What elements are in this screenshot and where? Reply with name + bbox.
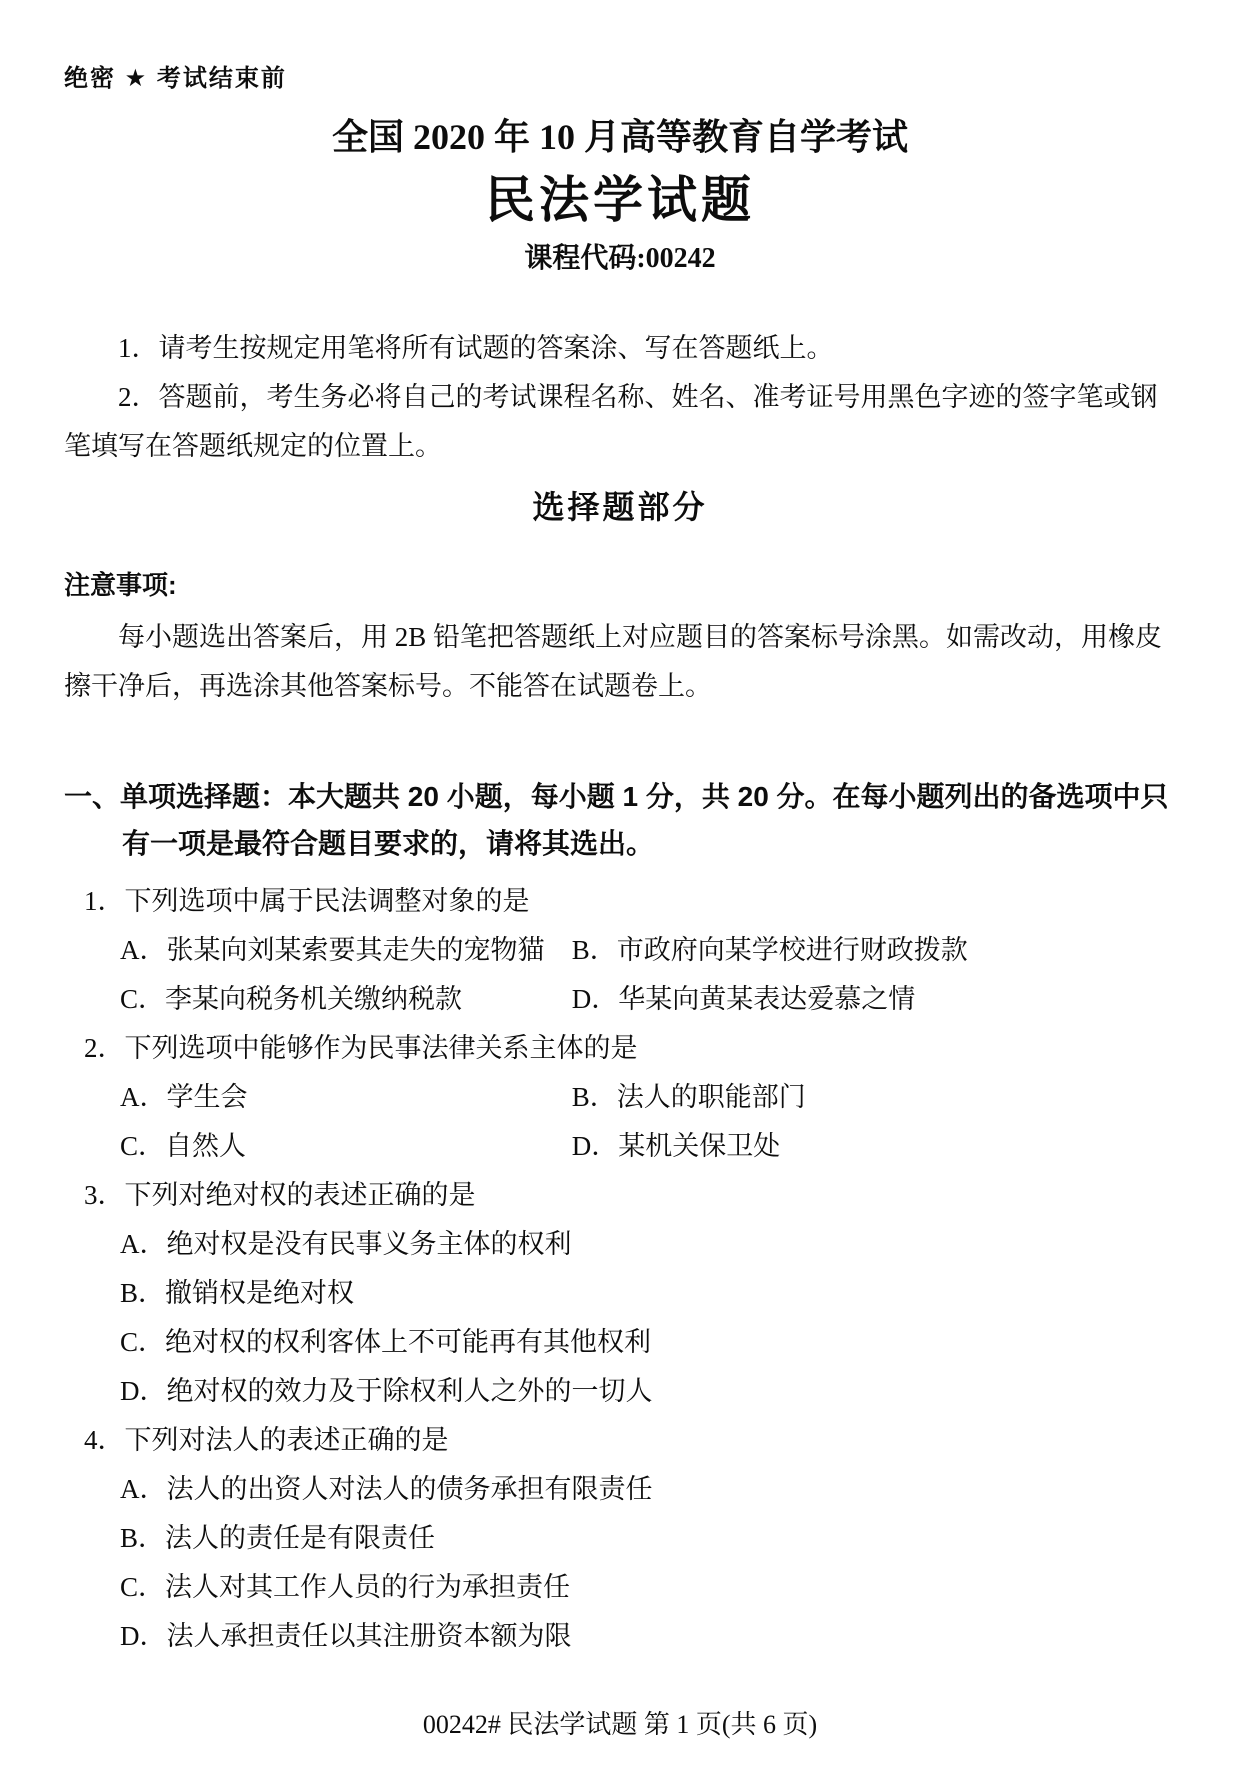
option-text: 撤销权是绝对权: [165, 1278, 354, 1308]
option-row: A．张某向刘某索要其走失的宠物猫 B．市政府向某学校进行财政拨款: [120, 926, 1176, 975]
option-b: B．法人的责任是有限责任: [120, 1514, 1176, 1563]
exam-paper-page: 绝密 ★ 考试结束前 全国 2020 年 10 月高等教育自学考试 民法学试题 …: [0, 0, 1240, 1767]
option-row: A．学生会 B．法人的职能部门: [120, 1073, 1176, 1122]
option-a: A．学生会: [120, 1073, 565, 1122]
option-label: C．: [120, 1572, 165, 1602]
paper-title: 民法学试题: [64, 172, 1176, 228]
instruction-item-1: 1．请考生按规定用笔将所有试题的答案涂、写在答题纸上。: [64, 324, 1176, 373]
option-text: 自然人: [165, 1131, 246, 1161]
question-number: 3．: [84, 1180, 125, 1210]
option-label: D．: [572, 1131, 619, 1161]
question-text: 下列选项中能够作为民事法律关系主体的是: [125, 1033, 638, 1063]
course-code: 课程代码:00242: [64, 242, 1176, 276]
question-3-stem: 3．下列对绝对权的表述正确的是: [84, 1171, 1176, 1220]
option-label: C．: [120, 984, 165, 1014]
option-text: 学生会: [167, 1082, 248, 1112]
option-label: C．: [120, 1131, 165, 1161]
option-d: D．某机关保卫处: [572, 1131, 781, 1161]
instruction-item-2: 2．答题前，考生务必将自己的考试课程名称、姓名、准考证号用黑色字迹的签字笔或钢笔…: [64, 373, 1176, 471]
question-4-options: A．法人的出资人对法人的债务承担有限责任 B．法人的责任是有限责任 C．法人对其…: [84, 1465, 1176, 1661]
option-label: D．: [572, 984, 619, 1014]
option-d: D．法人承担责任以其注册资本额为限: [120, 1612, 1176, 1661]
option-text: 华某向黄某表达爱慕之情: [618, 984, 915, 1014]
option-text: 法人的责任是有限责任: [165, 1523, 435, 1553]
question-text: 下列对法人的表述正确的是: [125, 1425, 449, 1455]
option-label: A．: [120, 1229, 167, 1259]
question-text: 下列对绝对权的表述正确的是: [125, 1180, 476, 1210]
option-label: C．: [120, 1327, 165, 1357]
option-text: 某机关保卫处: [618, 1131, 780, 1161]
option-text: 绝对权的权利客体上不可能再有其他权利: [165, 1327, 651, 1357]
question-3-options: A．绝对权是没有民事义务主体的权利 B．撤销权是绝对权 C．绝对权的权利客体上不…: [84, 1220, 1176, 1416]
option-text: 李某向税务机关缴纳税款: [165, 984, 462, 1014]
option-text: 法人的出资人对法人的债务承担有限责任: [167, 1474, 653, 1504]
option-a: A．绝对权是没有民事义务主体的权利: [120, 1220, 1176, 1269]
section-title-selection-part: 选择题部分: [64, 487, 1176, 527]
option-label: D．: [120, 1376, 167, 1406]
question-1: 1．下列选项中属于民法调整对象的是 A．张某向刘某索要其走失的宠物猫 B．市政府…: [84, 877, 1176, 1024]
question-4-stem: 4．下列对法人的表述正确的是: [84, 1416, 1176, 1465]
question-text: 下列选项中属于民法调整对象的是: [125, 886, 530, 916]
option-a: A．张某向刘某索要其走失的宠物猫: [120, 926, 565, 975]
general-instructions: 1．请考生按规定用笔将所有试题的答案涂、写在答题纸上。 2．答题前，考生务必将自…: [64, 324, 1176, 471]
option-text: 法人对其工作人员的行为承担责任: [165, 1572, 570, 1602]
option-label: A．: [120, 935, 167, 965]
question-3: 3．下列对绝对权的表述正确的是 A．绝对权是没有民事义务主体的权利 B．撤销权是…: [84, 1171, 1176, 1416]
mcq-section-heading: 一、单项选择题：本大题共 20 小题，每小题 1 分，共 20 分。在每小题列出…: [64, 773, 1174, 867]
question-2: 2．下列选项中能够作为民事法律关系主体的是 A．学生会 B．法人的职能部门 C．…: [84, 1024, 1176, 1171]
question-1-stem: 1．下列选项中属于民法调整对象的是: [84, 877, 1176, 926]
question-2-stem: 2．下列选项中能够作为民事法律关系主体的是: [84, 1024, 1176, 1073]
option-text: 绝对权的效力及于除权利人之外的一切人: [167, 1376, 653, 1406]
option-label: A．: [120, 1082, 167, 1112]
option-d: D．华某向黄某表达爱慕之情: [572, 984, 916, 1014]
option-label: B．: [120, 1278, 165, 1308]
notice-text: 每小题选出答案后，用 2B 铅笔把答题纸上对应题目的答案标号涂黑。如需改动，用橡…: [64, 613, 1176, 711]
option-label: D．: [120, 1621, 167, 1651]
question-number: 4．: [84, 1425, 125, 1455]
option-label: A．: [120, 1474, 167, 1504]
question-4: 4．下列对法人的表述正确的是 A．法人的出资人对法人的债务承担有限责任 B．法人…: [84, 1416, 1176, 1661]
option-b: B．法人的职能部门: [572, 1082, 806, 1112]
option-c: C．李某向税务机关缴纳税款: [120, 975, 565, 1024]
exam-title: 全国 2020 年 10 月高等教育自学考试: [64, 116, 1176, 158]
option-text: 市政府向某学校进行财政拨款: [617, 935, 968, 965]
option-label: B．: [572, 935, 617, 965]
option-c: C．绝对权的权利客体上不可能再有其他权利: [120, 1318, 1176, 1367]
option-b: B．撤销权是绝对权: [120, 1269, 1176, 1318]
option-d: D．绝对权的效力及于除权利人之外的一切人: [120, 1367, 1176, 1416]
classification-banner: 绝密 ★ 考试结束前: [64, 64, 1176, 94]
option-text: 法人承担责任以其注册资本额为限: [167, 1621, 572, 1651]
question-number: 1．: [84, 886, 125, 916]
option-c: C．自然人: [120, 1122, 565, 1171]
option-row: C．李某向税务机关缴纳税款 D．华某向黄某表达爱慕之情: [120, 975, 1176, 1024]
option-text: 法人的职能部门: [617, 1082, 806, 1112]
notice-heading: 注意事项:: [64, 569, 1176, 601]
question-2-options: A．学生会 B．法人的职能部门 C．自然人 D．某机关保卫处: [84, 1073, 1176, 1171]
option-label: B．: [120, 1523, 165, 1553]
option-label: B．: [572, 1082, 617, 1112]
option-a: A．法人的出资人对法人的债务承担有限责任: [120, 1465, 1176, 1514]
option-b: B．市政府向某学校进行财政拨款: [572, 935, 968, 965]
page-footer: 00242# 民法学试题 第 1 页(共 6 页): [0, 1709, 1240, 1741]
option-c: C．法人对其工作人员的行为承担责任: [120, 1563, 1176, 1612]
option-text: 张某向刘某索要其走失的宠物猫: [167, 935, 545, 965]
question-list: 1．下列选项中属于民法调整对象的是 A．张某向刘某索要其走失的宠物猫 B．市政府…: [64, 877, 1176, 1661]
question-1-options: A．张某向刘某索要其走失的宠物猫 B．市政府向某学校进行财政拨款 C．李某向税务…: [84, 926, 1176, 1024]
option-text: 绝对权是没有民事义务主体的权利: [167, 1229, 572, 1259]
option-row: C．自然人 D．某机关保卫处: [120, 1122, 1176, 1171]
question-number: 2．: [84, 1033, 125, 1063]
